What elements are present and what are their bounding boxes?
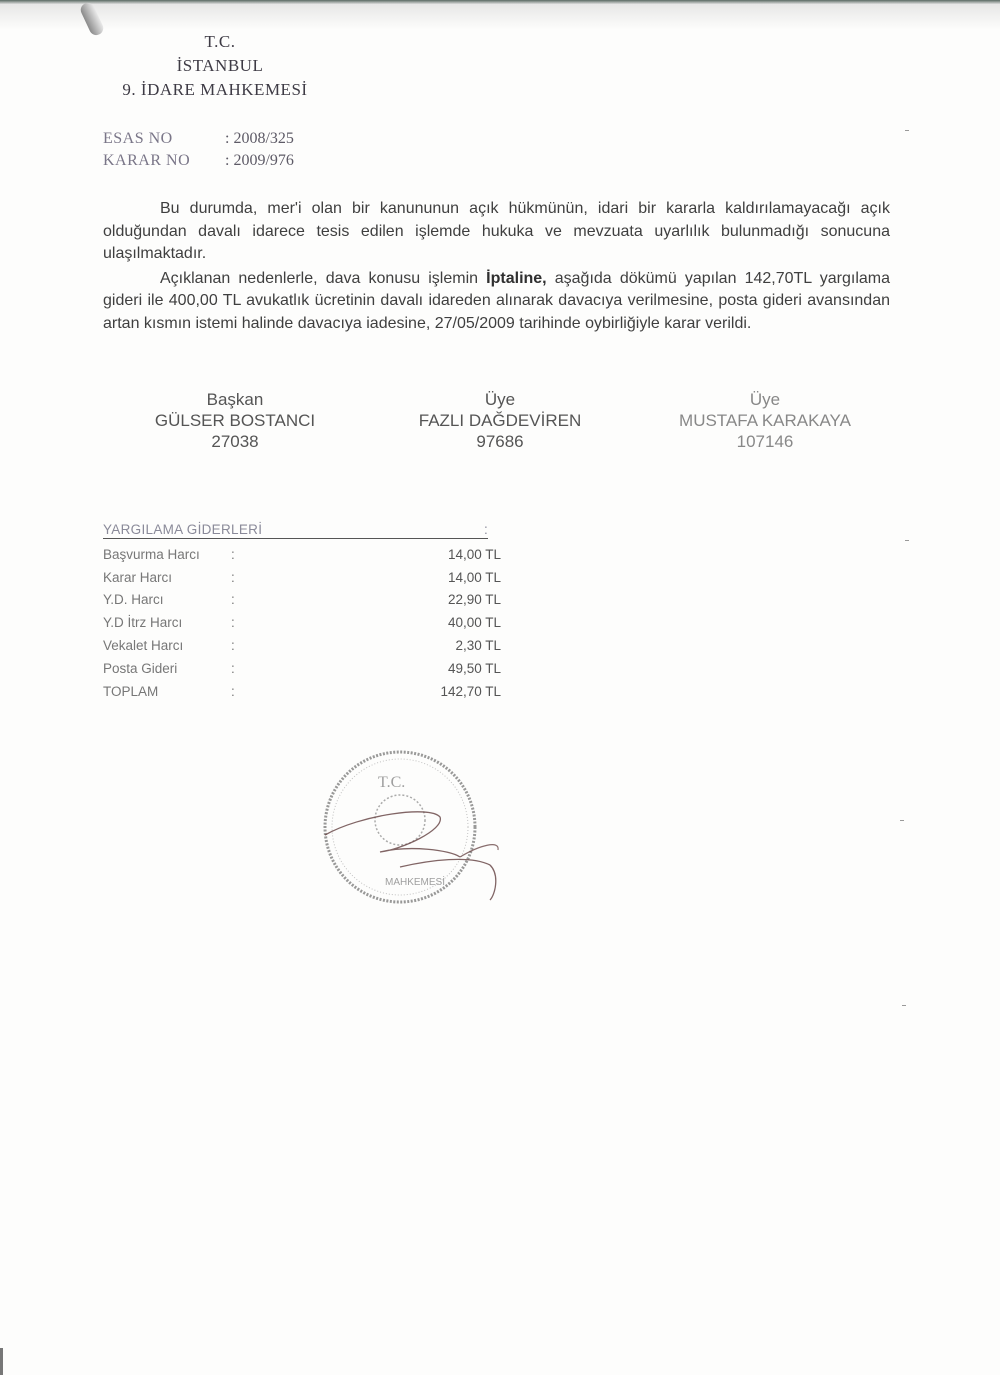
signer-number: 97686	[375, 431, 625, 452]
cost-value: 40,00 TL	[251, 615, 501, 630]
cost-colon: :	[231, 638, 251, 653]
cost-label: TOPLAM	[103, 684, 231, 699]
paragraph-2: Açıklanan nedenlerle, dava konusu işlemi…	[103, 268, 890, 336]
cost-row: Y.D. Harcı:22,90 TL	[103, 585, 503, 608]
cost-row: Posta Gideri:49,50 TL	[103, 653, 503, 676]
costs-table: YARGILAMA GİDERLERİ : Başvurma Harcı:14,…	[103, 522, 503, 699]
signer-member-1: Üye FAZLI DAĞDEVİREN 97686	[375, 389, 625, 452]
paragraph-2-start: Açıklanan nedenlerle, dava konusu işlemi…	[160, 270, 486, 287]
cost-label: Başvurma Harcı	[103, 547, 231, 562]
decision-text: Bu durumda, mer'i olan bir kanununun açı…	[103, 198, 890, 337]
court-seal-stamp: T.C. MAHKEMESİ	[320, 745, 500, 910]
cost-row: TOPLAM:142,70 TL	[103, 676, 503, 699]
costs-title-text: YARGILAMA GİDERLERİ	[103, 522, 262, 537]
cost-value: 142,70 TL	[251, 684, 501, 699]
esas-label: ESAS NO	[103, 128, 225, 150]
paragraph-2-emphasis: İptaline,	[486, 270, 546, 287]
cost-value: 49,50 TL	[251, 661, 501, 676]
case-numbers: ESAS NO : 2008/325 KARAR NO : 2009/976	[103, 128, 294, 172]
signer-role: Başkan	[110, 389, 360, 410]
cost-label: Y.D. Harcı	[103, 592, 231, 607]
cost-colon: :	[231, 592, 251, 607]
scan-shadow	[0, 0, 1000, 30]
cost-colon: :	[231, 547, 251, 562]
cost-colon: :	[231, 684, 251, 699]
cost-value: 14,00 TL	[251, 547, 501, 562]
signature-block: Başkan GÜLSER BOSTANCI 27038 Üye FAZLI D…	[110, 389, 890, 452]
signer-president: Başkan GÜLSER BOSTANCI 27038	[110, 389, 360, 452]
signer-role: Üye	[375, 389, 625, 410]
scan-edge-left	[0, 1348, 3, 1375]
cost-value: 2,30 TL	[251, 638, 501, 653]
paragraph-1: Bu durumda, mer'i olan bir kanununun açı…	[103, 198, 890, 266]
cost-row: Başvurma Harcı:14,00 TL	[103, 539, 503, 562]
court-header: T.C. İSTANBUL 9. İDARE MAHKEMESİ	[110, 30, 330, 102]
cost-label: Y.D İtrz Harcı	[103, 615, 231, 630]
header-tc: T.C.	[110, 30, 330, 54]
signer-member-2: Üye MUSTAFA KARAKAYA 107146	[640, 389, 890, 452]
esas-value: : 2008/325	[225, 128, 294, 150]
cost-row: Y.D İtrz Harcı:40,00 TL	[103, 607, 503, 630]
scan-speck	[905, 130, 909, 131]
cost-value: 14,00 TL	[251, 570, 501, 585]
scan-speck	[902, 1005, 906, 1006]
costs-title: YARGILAMA GİDERLERİ :	[103, 522, 488, 539]
karar-label: KARAR NO	[103, 150, 225, 172]
header-city: İSTANBUL	[110, 54, 330, 78]
signer-name: MUSTAFA KARAKAYA	[640, 410, 890, 431]
scan-speck	[900, 820, 904, 821]
cost-label: Vekalet Harcı	[103, 638, 231, 653]
header-court: 9. İDARE MAHKEMESİ	[100, 78, 330, 102]
cost-row: Vekalet Harcı:2,30 TL	[103, 630, 503, 653]
signer-name: FAZLI DAĞDEVİREN	[375, 410, 625, 431]
signer-number: 107146	[640, 431, 890, 452]
signer-number: 27038	[110, 431, 360, 452]
signer-name: GÜLSER BOSTANCI	[110, 410, 360, 431]
cost-label: Karar Harcı	[103, 570, 231, 585]
scan-speck	[905, 540, 909, 541]
svg-text:T.C.: T.C.	[378, 774, 405, 791]
costs-title-colon: :	[484, 522, 488, 537]
svg-text:MAHKEMESİ: MAHKEMESİ	[385, 875, 445, 888]
cost-colon: :	[231, 570, 251, 585]
cost-colon: :	[231, 615, 251, 630]
cost-value: 22,90 TL	[251, 592, 501, 607]
scan-edge	[0, 0, 1000, 4]
cost-row: Karar Harcı:14,00 TL	[103, 562, 503, 585]
cost-colon: :	[231, 661, 251, 676]
esas-row: ESAS NO : 2008/325	[103, 128, 294, 150]
cost-label: Posta Gideri	[103, 661, 231, 676]
cost-rows: Başvurma Harcı:14,00 TLKarar Harcı:14,00…	[103, 539, 503, 699]
signer-role: Üye	[640, 389, 890, 410]
karar-value: : 2009/976	[225, 150, 294, 172]
karar-row: KARAR NO : 2009/976	[103, 150, 294, 172]
